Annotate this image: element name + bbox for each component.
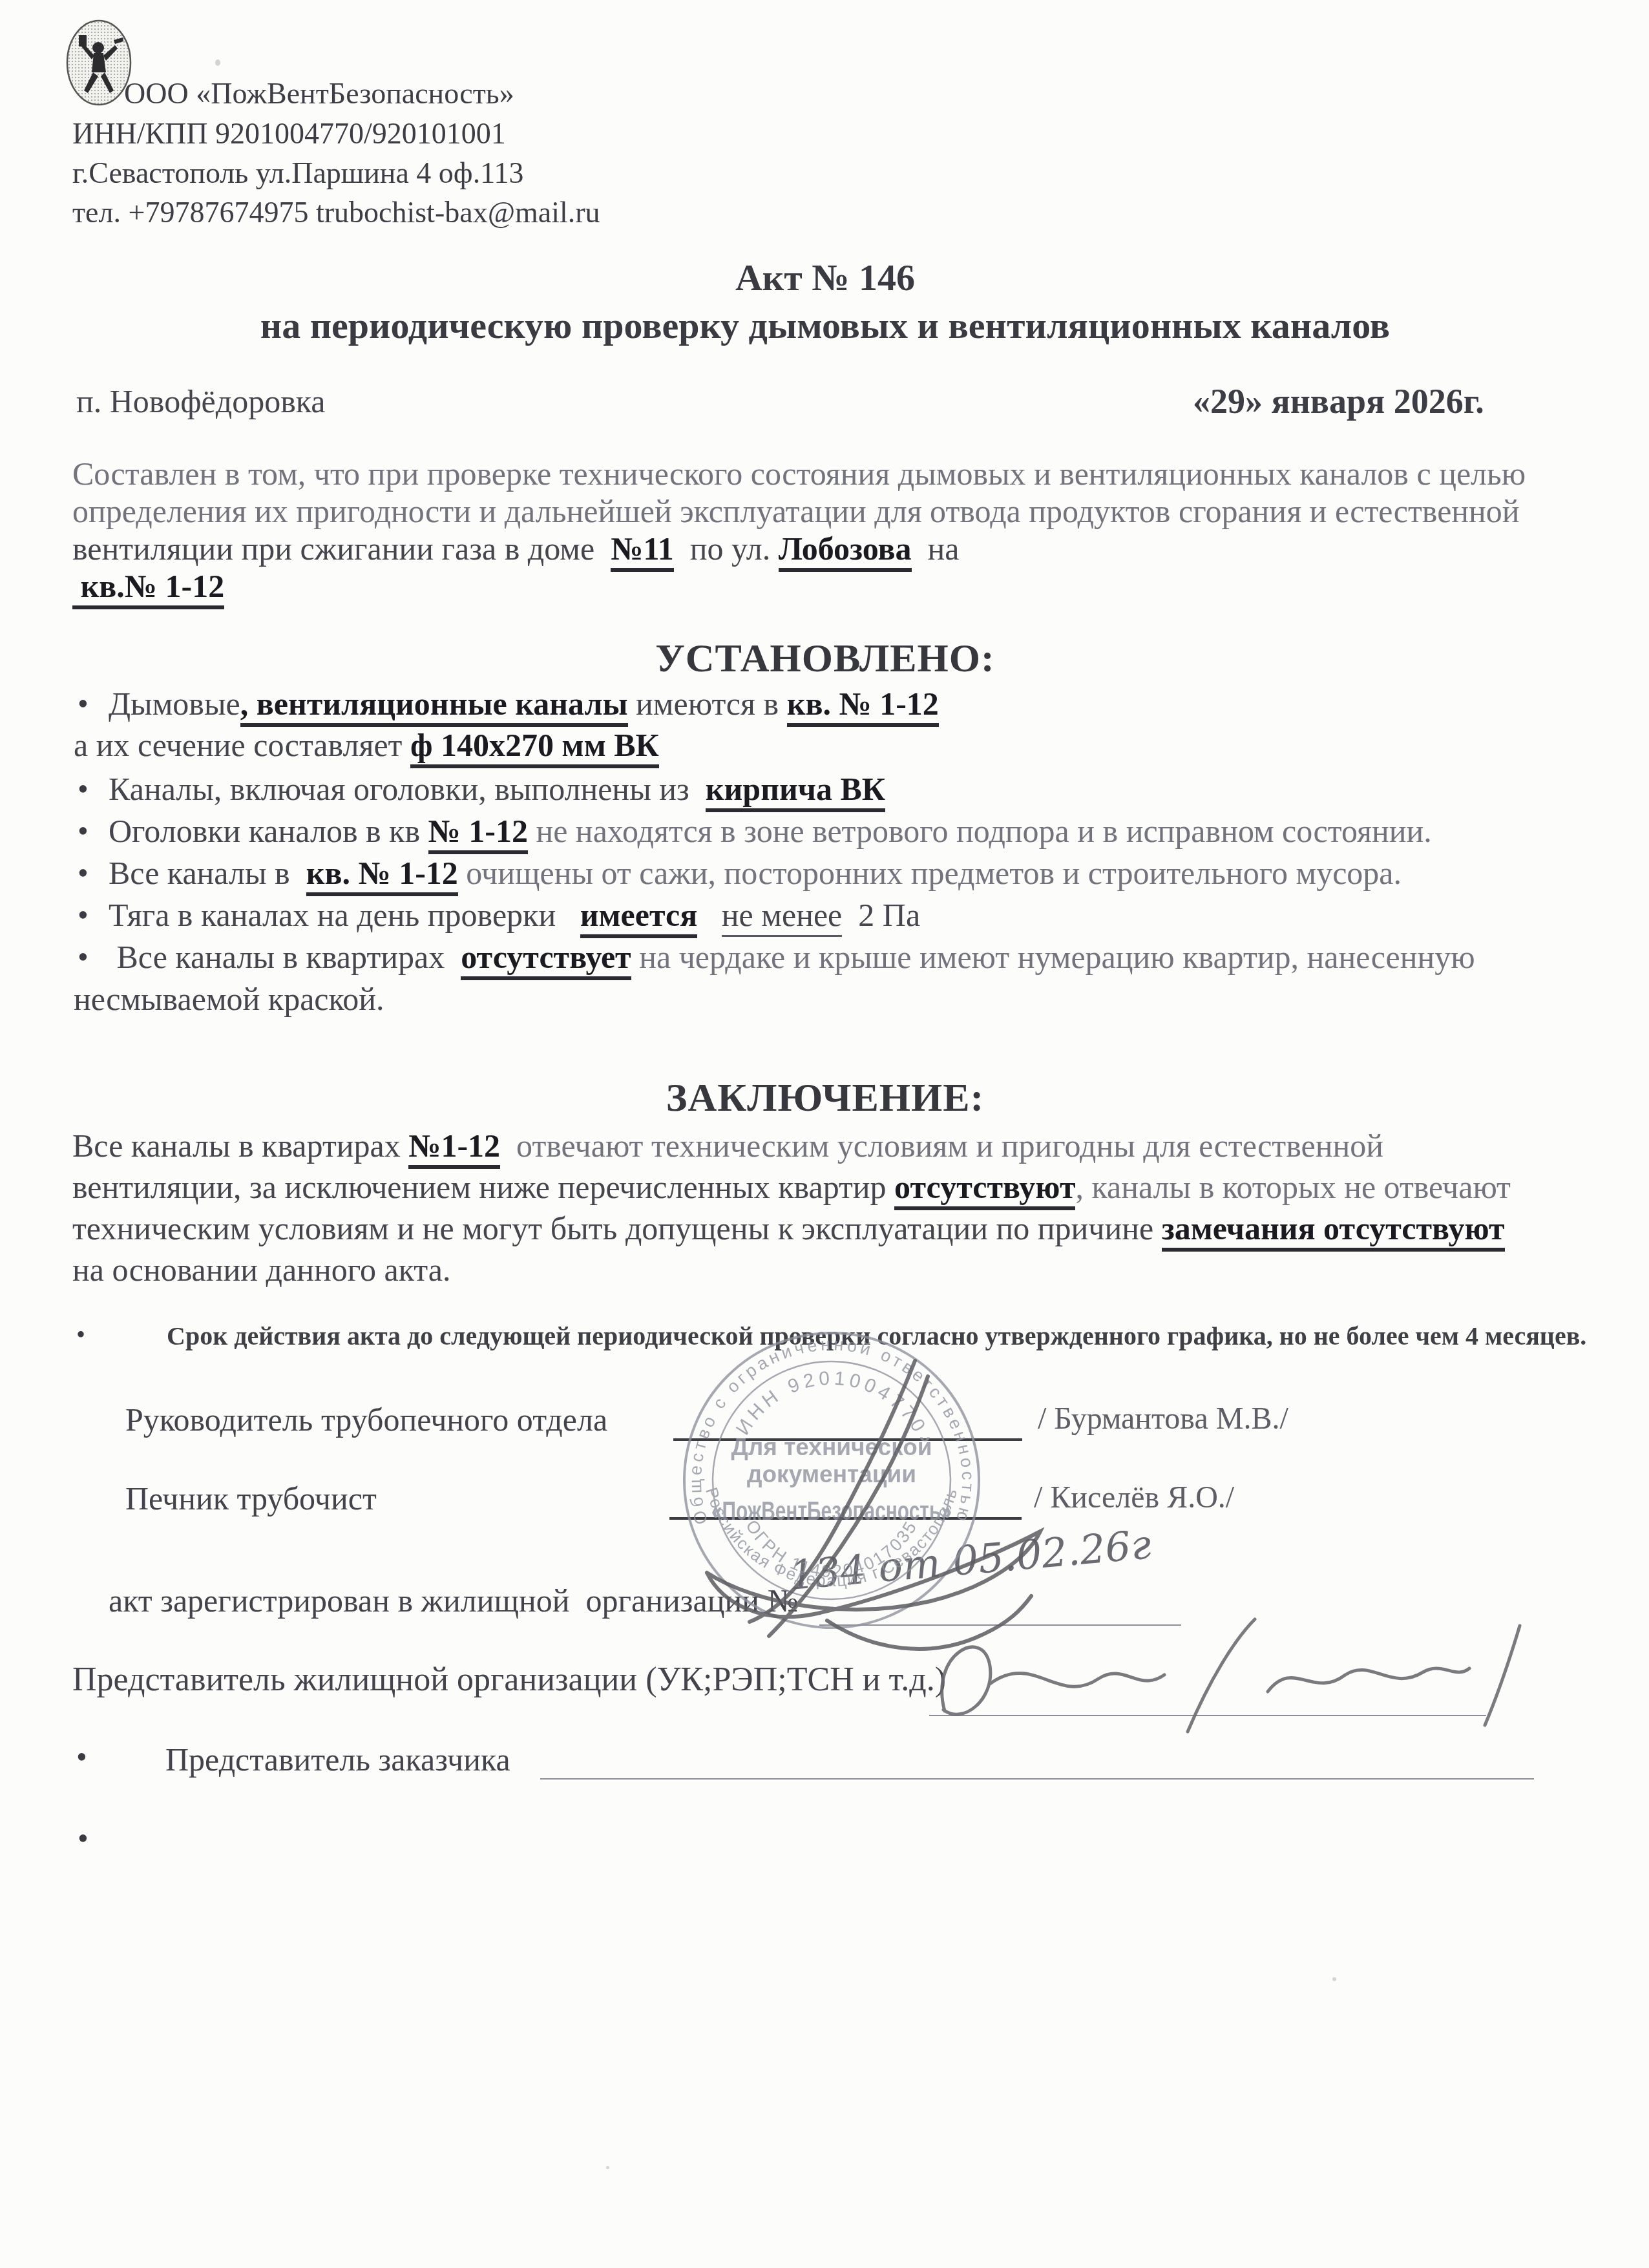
text-segment: вентиляции, за исключением ниже перечисл… — [72, 1169, 894, 1205]
company-inn-kpp: ИНН/КПП 9201004770/920101001 — [72, 116, 506, 151]
act-title: Акт № 146 — [72, 256, 1578, 299]
text-segment: кв.№ 1-12 — [72, 568, 224, 609]
intro-line: вентиляции при сжигании газа в доме №11 … — [72, 530, 1584, 567]
bullet-marker: • — [78, 940, 89, 974]
text-segment: имеется — [580, 897, 698, 938]
housing-rep-handwritten-signature — [905, 1614, 1525, 1743]
list-item-text: Каналы, включая оголовки, выполнены из к… — [109, 770, 885, 808]
conclusion-line: на основании данного акта. — [72, 1251, 1584, 1292]
text-segment — [697, 897, 722, 933]
conclusion-line: Все каналы в квартирах №1-12 отвечают те… — [72, 1127, 1584, 1168]
intro-line: Составлен в том, что при проверке технич… — [72, 455, 1584, 492]
text-segment: 2 Па — [842, 897, 920, 933]
text-segment: кв. № 1-12 — [787, 686, 939, 727]
conclusion-line: техническим условиям и не могут быть доп… — [72, 1210, 1584, 1251]
list-item-text: Тяга в каналах на день проверки имеется … — [109, 896, 920, 934]
role-label-chief: Руководитель трубопечного отдела — [125, 1401, 607, 1438]
text-segment: Лобозова — [779, 530, 912, 572]
list-item-text: Все каналы в кв. № 1-12 очищены от сажи,… — [109, 854, 1402, 892]
text-segment: замечания отсутствуют — [1162, 1210, 1505, 1252]
bullet-marker: • — [76, 1320, 85, 1349]
bullet-marker: • — [78, 898, 89, 932]
company-name: ООО «ПожВентБезопасность» — [124, 76, 514, 110]
text-segment: ф 140х270 мм ВК — [410, 727, 659, 768]
conclusion-line: вентиляции, за исключением ниже перечисл… — [72, 1168, 1584, 1210]
text-segment: Все каналы в — [109, 855, 306, 891]
conclusion-paragraph: Все каналы в квартирах №1-12 отвечают те… — [72, 1127, 1584, 1292]
scan-speck — [215, 59, 220, 66]
company-logo-icon — [65, 18, 133, 107]
bullet-marker: • — [78, 1822, 89, 1856]
section-heading-established: УСТАНОВЛЕНО: — [72, 636, 1578, 682]
text-segment: имеются в — [628, 686, 787, 722]
bullet-marker: • — [78, 856, 89, 890]
bullet-marker: • — [78, 772, 89, 806]
list-item-text: Дымовые, вентиляционные каналы имеются в… — [109, 685, 939, 722]
text-segment: Оголовки каналов в кв — [109, 813, 428, 849]
text-segment: кв. № 1-12 — [306, 855, 458, 896]
text-segment: , вентиляционные каналы — [240, 686, 628, 727]
bullet-marker: • — [76, 1740, 87, 1774]
text-segment: на чердаке и крыше имеют нумерацию кварт… — [631, 939, 1475, 975]
customer-rep-signature-line — [540, 1778, 1534, 1780]
bullet-marker: • — [78, 687, 89, 721]
list-item-text: Все каналы в квартирах отсутствует на че… — [109, 938, 1475, 976]
text-segment: Составлен в том, что при проверке технич… — [72, 456, 1526, 492]
text-segment: № 1-12 — [428, 813, 528, 854]
text-segment: Тяга в каналах на день проверки — [109, 897, 580, 933]
list-item-text: несмываемой краской. — [74, 980, 384, 1018]
text-segment: отвечают техническим условиям и пригодны… — [500, 1128, 1383, 1164]
text-segment: №1-12 — [408, 1128, 500, 1169]
text-segment: на — [912, 530, 960, 567]
text-segment: Каналы, включая оголовки, выполнены из — [109, 771, 706, 807]
scan-speck — [606, 2166, 609, 2169]
text-segment: техническим условиям и не могут быть доп… — [72, 1210, 1162, 1246]
text-segment: по ул. — [674, 530, 779, 567]
text-segment: Все каналы в квартирах — [109, 939, 461, 975]
text-segment: отсутствует — [461, 939, 631, 980]
act-subtitle: на периодическую проверку дымовых и вент… — [72, 304, 1578, 347]
text-segment: не находятся в зоне ветрового подпора и … — [528, 813, 1432, 849]
text-segment: несмываемой краской. — [74, 981, 384, 1017]
text-segment: Все каналы в квартирах — [72, 1128, 408, 1164]
list-item-text: а их сечение составляет ф 140х270 мм ВК — [74, 726, 659, 764]
text-segment: не менее — [722, 897, 842, 937]
text-segment: , каналы в которых не отвечают — [1075, 1169, 1510, 1205]
company-contacts: тел. +79787674975 trubochist-bax@mail.ru — [72, 195, 600, 229]
role-label-sweep: Печник трубочист — [125, 1480, 377, 1517]
customer-rep-label: Представитель заказчика — [165, 1741, 510, 1778]
text-segment: очищены от сажи, посторонних предметов и… — [458, 855, 1402, 891]
place-name: п. Новофёдоровка — [76, 383, 326, 420]
list-item-text: Оголовки каналов в кв № 1-12 не находятс… — [109, 812, 1432, 850]
text-segment: Дымовые — [109, 686, 240, 722]
company-address: г.Севастополь ул.Паршина 4 оф.113 — [72, 156, 523, 190]
section-heading-conclusion: ЗАКЛЮЧЕНИЕ: — [72, 1075, 1578, 1121]
text-segment: вентиляции при сжигании газа в доме — [72, 530, 611, 567]
intro-line: кв.№ 1-12 — [72, 567, 1584, 605]
text-segment: кирпича ВК — [706, 771, 885, 812]
intro-paragraph: Составлен в том, что при проверке технич… — [72, 455, 1584, 605]
text-segment: на основании данного акта. — [72, 1252, 450, 1288]
scan-speck — [1332, 1977, 1336, 1981]
intro-line: определения их пригодности и дальнейшей … — [72, 492, 1584, 530]
text-segment: №11 — [611, 530, 674, 572]
bullet-marker: • — [78, 814, 89, 848]
text-segment: определения их пригодности и дальнейшей … — [72, 493, 1520, 529]
text-segment: а их сечение составляет — [74, 727, 410, 763]
scanned-act-document: ООО «ПожВентБезопасность» ИНН/КПП 920100… — [0, 0, 1649, 2268]
text-segment: отсутствуют — [894, 1169, 1075, 1210]
act-date: «29» января 2026г. — [1193, 381, 1484, 421]
